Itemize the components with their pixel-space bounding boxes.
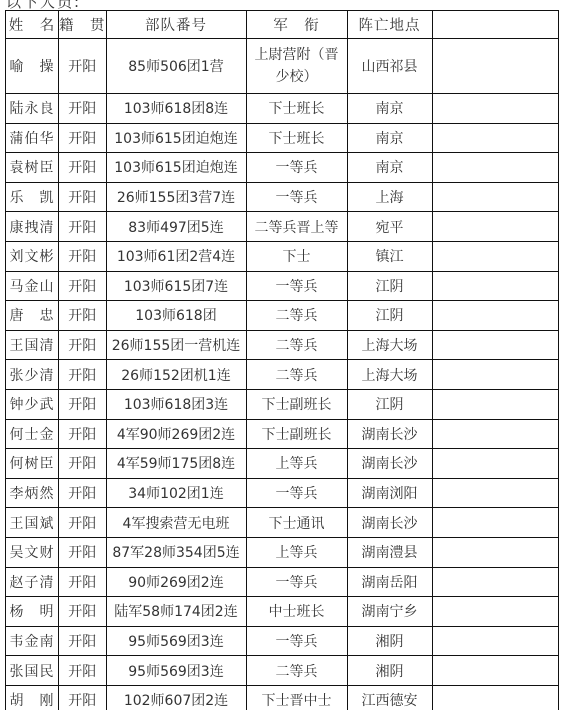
cell-unit: 4军搜索营无电班 bbox=[106, 508, 246, 538]
cell-rank: 下士晋中士 bbox=[246, 685, 347, 710]
table-row: 刘文彬开阳103师61团2营4连下士镇江 bbox=[6, 241, 559, 271]
cell-note bbox=[432, 330, 558, 360]
cell-native-place: 开阳 bbox=[59, 301, 107, 331]
cell-death-place: 江阴 bbox=[347, 389, 432, 419]
cell-native-place: 开阳 bbox=[59, 656, 107, 686]
header-empty bbox=[432, 11, 558, 39]
cell-rank: 下士副班长 bbox=[246, 389, 347, 419]
cell-name: 刘文彬 bbox=[6, 241, 59, 271]
cell-note bbox=[432, 478, 558, 508]
cell-unit: 103师615团7连 bbox=[106, 271, 246, 301]
cell-native-place: 开阳 bbox=[59, 449, 107, 479]
cell-death-place: 江西德安 bbox=[347, 685, 432, 710]
cell-rank: 下士通讯 bbox=[246, 508, 347, 538]
cell-death-place: 湘阴 bbox=[347, 656, 432, 686]
table-row: 王国斌开阳4军搜索营无电班下士通讯湖南长沙 bbox=[6, 508, 559, 538]
cell-name: 王国清 bbox=[6, 330, 59, 360]
header-rank: 军 衔 bbox=[246, 11, 347, 39]
cell-note bbox=[432, 537, 558, 567]
cell-death-place: 江阴 bbox=[347, 271, 432, 301]
cell-name: 乐 凯 bbox=[6, 182, 59, 212]
cell-rank: 上等兵 bbox=[246, 537, 347, 567]
table-row: 何树臣开阳4军59师175团8连上等兵湖南长沙 bbox=[6, 449, 559, 479]
cell-note bbox=[432, 449, 558, 479]
cell-unit: 103师615团迫炮连 bbox=[106, 153, 246, 183]
table-header-row: 姓 名 籍 贯 部队番号 军 衔 阵亡地点 bbox=[6, 11, 559, 39]
cell-death-place: 镇江 bbox=[347, 241, 432, 271]
cell-unit: 87军28师354团5连 bbox=[106, 537, 246, 567]
cell-death-place: 上海大场 bbox=[347, 330, 432, 360]
table-row: 李炳然开阳34师102团1连一等兵湖南浏阳 bbox=[6, 478, 559, 508]
cell-rank: 一等兵 bbox=[246, 271, 347, 301]
cell-native-place: 开阳 bbox=[59, 39, 107, 94]
cell-unit: 4军90师269团2连 bbox=[106, 419, 246, 449]
cell-rank: 一等兵 bbox=[246, 567, 347, 597]
cell-death-place: 南京 bbox=[347, 94, 432, 124]
cell-death-place: 湖南长沙 bbox=[347, 449, 432, 479]
cell-death-place: 湖南澧县 bbox=[347, 537, 432, 567]
cell-rank: 二等兵 bbox=[246, 656, 347, 686]
cell-native-place: 开阳 bbox=[59, 153, 107, 183]
cell-name: 胡 刚 bbox=[6, 685, 59, 710]
cell-name: 吴文财 bbox=[6, 537, 59, 567]
cell-name: 何士金 bbox=[6, 419, 59, 449]
cell-rank: 上等兵 bbox=[246, 449, 347, 479]
cell-death-place: 南京 bbox=[347, 123, 432, 153]
cell-note bbox=[432, 626, 558, 656]
cell-native-place: 开阳 bbox=[59, 419, 107, 449]
cell-name: 陆永良 bbox=[6, 94, 59, 124]
table-row: 康拽清开阳83师497团5连二等兵晋上等宛平 bbox=[6, 212, 559, 242]
cell-death-place: 湖南宁乡 bbox=[347, 597, 432, 627]
cell-name: 韦金南 bbox=[6, 626, 59, 656]
cell-note bbox=[432, 508, 558, 538]
cell-rank: 下士 bbox=[246, 241, 347, 271]
table-row: 何士金开阳4军90师269团2连下士副班长湖南长沙 bbox=[6, 419, 559, 449]
cell-unit: 103师618团 bbox=[106, 301, 246, 331]
cell-unit: 26师155团一营机连 bbox=[106, 330, 246, 360]
cell-note bbox=[432, 419, 558, 449]
cell-name: 钟少武 bbox=[6, 389, 59, 419]
cell-native-place: 开阳 bbox=[59, 508, 107, 538]
cell-rank: 二等兵 bbox=[246, 360, 347, 390]
cell-rank: 中士班长 bbox=[246, 597, 347, 627]
cell-note bbox=[432, 271, 558, 301]
cell-name: 张国民 bbox=[6, 656, 59, 686]
cell-unit: 95师569团3连 bbox=[106, 626, 246, 656]
cell-name: 杨 明 bbox=[6, 597, 59, 627]
cell-note bbox=[432, 656, 558, 686]
table-row: 蒲伯华开阳103师615团迫炮连下士班长南京 bbox=[6, 123, 559, 153]
table-row: 喻 操开阳85师506团1营上尉营附（晋少校）山西祁县 bbox=[6, 39, 559, 94]
table-row: 杨 明开阳陆军58师174团2连中士班长湖南宁乡 bbox=[6, 597, 559, 627]
cell-name: 袁树臣 bbox=[6, 153, 59, 183]
cell-note bbox=[432, 39, 558, 94]
cell-death-place: 南京 bbox=[347, 153, 432, 183]
cell-unit: 34师102团1连 bbox=[106, 478, 246, 508]
cell-rank: 上尉营附（晋少校） bbox=[246, 39, 347, 94]
cell-death-place: 上海 bbox=[347, 182, 432, 212]
cell-name: 喻 操 bbox=[6, 39, 59, 94]
cell-unit: 4军59师175团8连 bbox=[106, 449, 246, 479]
table-row: 乐 凯开阳26师155团3营7连一等兵上海 bbox=[6, 182, 559, 212]
cell-unit: 103师615团迫炮连 bbox=[106, 123, 246, 153]
table-row: 王国清开阳26师155团一营机连二等兵上海大场 bbox=[6, 330, 559, 360]
cell-note bbox=[432, 389, 558, 419]
cell-rank: 下士班长 bbox=[246, 123, 347, 153]
header-native-place: 籍 贯 bbox=[59, 11, 107, 39]
table-row: 韦金南开阳95师569团3连一等兵湘阴 bbox=[6, 626, 559, 656]
table-row: 胡 刚开阳102师607团2连下士晋中士江西德安 bbox=[6, 685, 559, 710]
cell-unit: 83师497团5连 bbox=[106, 212, 246, 242]
table-row: 钟少武开阳103师618团3连下士副班长江阴 bbox=[6, 389, 559, 419]
cell-rank: 一等兵 bbox=[246, 153, 347, 183]
cell-native-place: 开阳 bbox=[59, 360, 107, 390]
cell-death-place: 江阴 bbox=[347, 301, 432, 331]
cell-native-place: 开阳 bbox=[59, 94, 107, 124]
cell-note bbox=[432, 123, 558, 153]
casualty-table: 姓 名 籍 贯 部队番号 军 衔 阵亡地点 喻 操开阳85师506团1营上尉营附… bbox=[5, 10, 559, 710]
cell-rank: 二等兵 bbox=[246, 301, 347, 331]
cell-death-place: 湖南长沙 bbox=[347, 419, 432, 449]
cell-name: 王国斌 bbox=[6, 508, 59, 538]
cell-note bbox=[432, 212, 558, 242]
cell-note bbox=[432, 567, 558, 597]
cell-rank: 下士班长 bbox=[246, 94, 347, 124]
cell-name: 蒲伯华 bbox=[6, 123, 59, 153]
cell-death-place: 湘阴 bbox=[347, 626, 432, 656]
cell-death-place: 湖南浏阳 bbox=[347, 478, 432, 508]
cell-note bbox=[432, 597, 558, 627]
cell-native-place: 开阳 bbox=[59, 182, 107, 212]
cell-name: 何树臣 bbox=[6, 449, 59, 479]
cell-rank: 二等兵 bbox=[246, 330, 347, 360]
cell-unit: 103师618团3连 bbox=[106, 389, 246, 419]
cell-note bbox=[432, 685, 558, 710]
cell-native-place: 开阳 bbox=[59, 567, 107, 597]
cell-note bbox=[432, 182, 558, 212]
cell-rank: 一等兵 bbox=[246, 182, 347, 212]
table-row: 唐 忠开阳103师618团二等兵江阴 bbox=[6, 301, 559, 331]
cell-note bbox=[432, 94, 558, 124]
cell-native-place: 开阳 bbox=[59, 389, 107, 419]
cell-death-place: 宛平 bbox=[347, 212, 432, 242]
cell-name: 赵子清 bbox=[6, 567, 59, 597]
header-death-place: 阵亡地点 bbox=[347, 11, 432, 39]
cell-unit: 陆军58师174团2连 bbox=[106, 597, 246, 627]
table-row: 陆永良开阳103师618团8连下士班长南京 bbox=[6, 94, 559, 124]
cell-native-place: 开阳 bbox=[59, 597, 107, 627]
cell-rank: 下士副班长 bbox=[246, 419, 347, 449]
table-row: 袁树臣开阳103师615团迫炮连一等兵南京 bbox=[6, 153, 559, 183]
cell-death-place: 湖南长沙 bbox=[347, 508, 432, 538]
cell-native-place: 开阳 bbox=[59, 271, 107, 301]
cell-note bbox=[432, 301, 558, 331]
cell-unit: 103师61团2营4连 bbox=[106, 241, 246, 271]
cell-rank: 一等兵 bbox=[246, 626, 347, 656]
cell-native-place: 开阳 bbox=[59, 123, 107, 153]
cell-note bbox=[432, 360, 558, 390]
table-row: 吴文财开阳87军28师354团5连上等兵湖南澧县 bbox=[6, 537, 559, 567]
cell-native-place: 开阳 bbox=[59, 478, 107, 508]
cell-name: 李炳然 bbox=[6, 478, 59, 508]
cell-unit: 85师506团1营 bbox=[106, 39, 246, 94]
cell-name: 张少清 bbox=[6, 360, 59, 390]
cell-native-place: 开阳 bbox=[59, 626, 107, 656]
cell-rank: 一等兵 bbox=[246, 478, 347, 508]
cell-note bbox=[432, 153, 558, 183]
cell-unit: 103师618团8连 bbox=[106, 94, 246, 124]
cell-unit: 26师155团3营7连 bbox=[106, 182, 246, 212]
cell-rank: 二等兵晋上等 bbox=[246, 212, 347, 242]
cell-name: 康拽清 bbox=[6, 212, 59, 242]
cell-unit: 95师569团3连 bbox=[106, 656, 246, 686]
cell-native-place: 开阳 bbox=[59, 241, 107, 271]
cell-native-place: 开阳 bbox=[59, 537, 107, 567]
cell-death-place: 湖南岳阳 bbox=[347, 567, 432, 597]
table-row: 张国民开阳95师569团3连二等兵湘阴 bbox=[6, 656, 559, 686]
cell-unit: 90师269团2连 bbox=[106, 567, 246, 597]
cell-native-place: 开阳 bbox=[59, 330, 107, 360]
cell-name: 马金山 bbox=[6, 271, 59, 301]
cell-native-place: 开阳 bbox=[59, 685, 107, 710]
cell-name: 唐 忠 bbox=[6, 301, 59, 331]
cell-unit: 26师152团机1连 bbox=[106, 360, 246, 390]
table-row: 马金山开阳103师615团7连一等兵江阴 bbox=[6, 271, 559, 301]
header-name: 姓 名 bbox=[6, 11, 59, 39]
cell-note bbox=[432, 241, 558, 271]
header-unit: 部队番号 bbox=[106, 11, 246, 39]
cell-native-place: 开阳 bbox=[59, 212, 107, 242]
cell-death-place: 上海大场 bbox=[347, 360, 432, 390]
table-row: 张少清开阳26师152团机1连二等兵上海大场 bbox=[6, 360, 559, 390]
cell-unit: 102师607团2连 bbox=[106, 685, 246, 710]
table-row: 赵子清开阳90师269团2连一等兵湖南岳阳 bbox=[6, 567, 559, 597]
cell-death-place: 山西祁县 bbox=[347, 39, 432, 94]
